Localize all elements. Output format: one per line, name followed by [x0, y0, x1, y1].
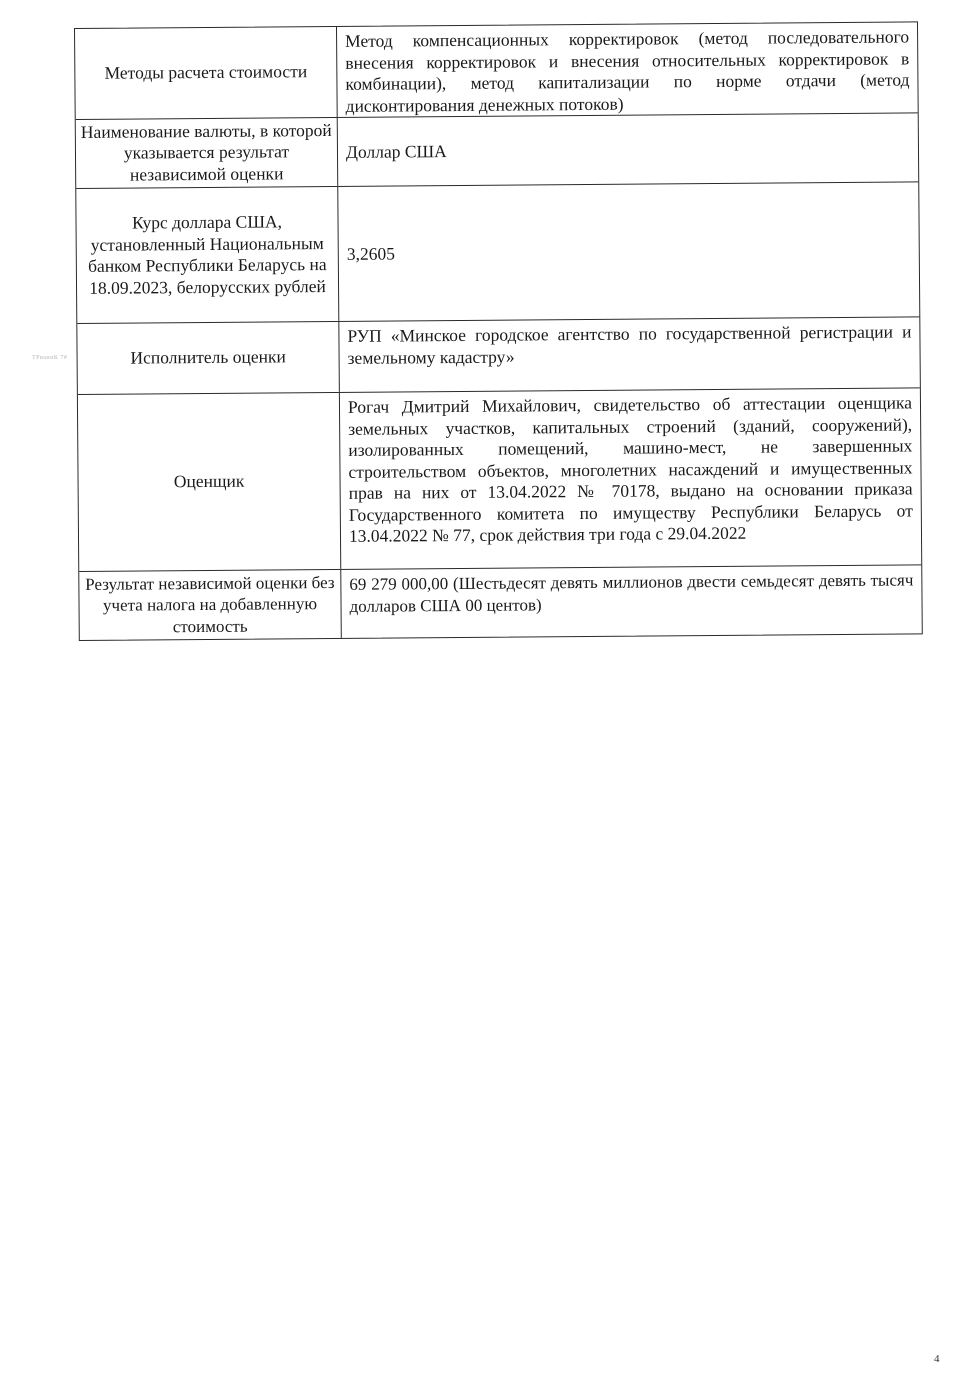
row-value: РУП «Минское городское агентство по госу…	[339, 317, 920, 392]
table-row-appraiser: Оценщик Рогач Дмитрий Михайлович, свидет…	[78, 388, 921, 572]
table-row-currency: Наименование валюты, в которой указывает…	[76, 113, 919, 189]
row-label: Результат независимой оценки без учета н…	[79, 570, 342, 640]
page-number: 4	[934, 1353, 940, 1365]
row-label: Курс доллара США, установленный Национал…	[76, 187, 339, 323]
scan-artifact-mark: ТРваниК 7#	[32, 355, 67, 361]
row-label: Оценщик	[78, 393, 341, 571]
valuation-details-table: Методы расчета стоимости Метод компенсац…	[74, 21, 923, 641]
row-label: Наименование валюты, в которой указывает…	[76, 118, 339, 188]
row-label: Исполнитель оценки	[77, 322, 340, 394]
table-row-performer: Исполнитель оценки РУП «Минское городско…	[77, 317, 920, 395]
row-value: Доллар США	[338, 113, 919, 186]
row-label: Методы расчета стоимости	[75, 27, 338, 119]
row-value: 69 279 000,00 (Шестьдесят девять миллион…	[341, 565, 922, 638]
row-value: Метод компенсационных корректировок (мет…	[337, 22, 918, 117]
table-row-exchange-rate: Курс доллара США, установленный Национал…	[76, 182, 919, 324]
row-value: Рогач Дмитрий Михайлович, свидетельство …	[340, 388, 921, 569]
table-row-valuation-methods: Методы расчета стоимости Метод компенсац…	[75, 22, 918, 120]
table-row-result: Результат независимой оценки без учета н…	[79, 565, 922, 640]
row-value: 3,2605	[338, 182, 919, 321]
